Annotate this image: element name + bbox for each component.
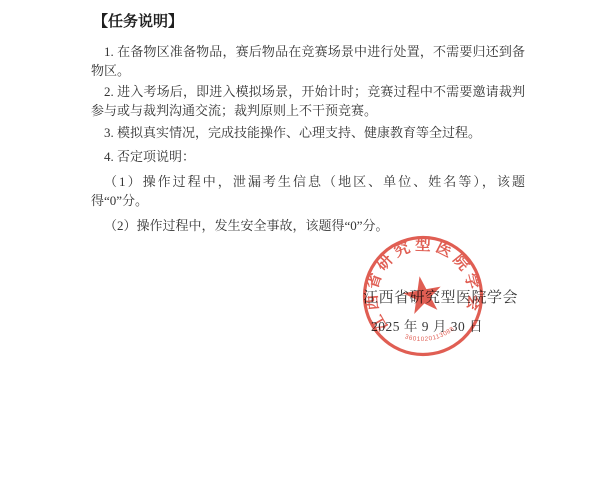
task-instruction-item-1: 1. 在备物区准备物品，赛后物品在竞赛场景中进行处置，不需要归还到备物区。 [91,42,525,80]
task-instruction-item-4: 4. 否定项说明： [91,147,525,166]
signature-date: 2025 年 9 月 30 日 [371,315,483,335]
document-title: 【任务说明】 [93,12,525,32]
document-page: 【任务说明】 1. 在备物区准备物品，赛后物品在竞赛场景中进行处置，不需要归还到… [0,0,592,485]
signature-organization: 江西省研究型医院学会 [363,286,518,307]
task-instruction-subitem-1: （1）操作过程中，泄漏考生信息（地区、单位、姓名等），该题得“0”分。 [91,172,525,210]
task-instruction-item-3: 3. 模拟真实情况，完成技能操作、心理支持、健康教育等全过程。 [91,123,525,142]
task-instructions-section: 【任务说明】 1. 在备物区准备物品，赛后物品在竞赛场景中进行处置，不需要归还到… [91,12,525,239]
task-instruction-subitem-2: （2）操作过程中，发生安全事故，该题得“0”分。 [91,216,525,235]
task-instruction-item-2: 2. 进入考场后，即进入模拟场景，开始计时；竞赛过程中不需要邀请裁判参与或与裁判… [91,82,525,120]
